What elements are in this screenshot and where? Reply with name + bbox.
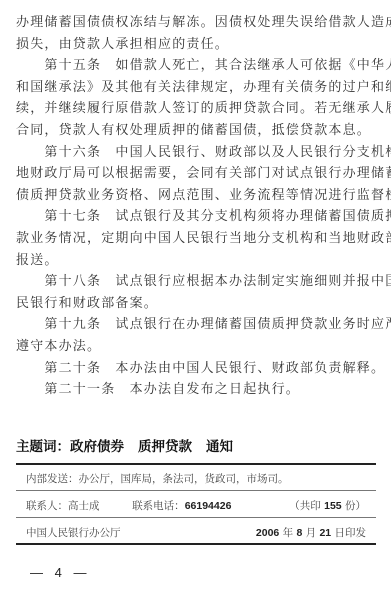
article-16: 第十六条 中国人民银行、财政部以及人民银行分支机构、各 bbox=[16, 142, 376, 164]
divider bbox=[16, 490, 376, 491]
divider-thick bbox=[16, 463, 376, 465]
contact-phone-label: 联系电话： bbox=[132, 500, 185, 512]
keyword: 质押贷款 bbox=[138, 439, 192, 455]
body-line: 续，并继续履行原借款人签订的质押贷款合同。若无继承人履行 bbox=[16, 98, 376, 120]
article-17: 第十七条 试点银行及其分支机构须将办理储蓄国债质押贷 bbox=[16, 206, 376, 228]
body-line: 地财政厅局可以根据需要，会同有关部门对试点银行办理储蓄国 bbox=[16, 163, 376, 185]
body-line: 和国继承法》及其他有关法律规定，办理有关债务的过户和继承手 bbox=[16, 77, 376, 99]
body-line: 民银行和财政部备案。 bbox=[16, 293, 376, 315]
copies-count: （共印 155 份） bbox=[289, 498, 366, 513]
body-line: 合同，贷款人有权处理质押的储蓄国债，抵偿贷款本息。 bbox=[16, 120, 376, 142]
body-line: 办理储蓄国债债权冻结与解冻。因债权处理失误给借款人造成的 bbox=[16, 12, 376, 34]
subject-label: 主题词： bbox=[16, 439, 70, 455]
internal-distribution: 内部发送：办公厅，国库局，条法司，货政司，市场司。 bbox=[26, 471, 366, 486]
divider bbox=[16, 517, 376, 518]
contact-person-label: 联系人： bbox=[26, 500, 68, 512]
article-18: 第十八条 试点银行应根据本办法制定实施细则并报中国人 bbox=[16, 271, 376, 293]
page-number: — 4 — bbox=[30, 565, 90, 580]
body-line: 遵守本办法。 bbox=[16, 336, 376, 358]
body-line: 损失，由贷款人承担相应的责任。 bbox=[16, 34, 376, 56]
body-line: 债质押贷款业务资格、网点范围、业务流程等情况进行监督检查。 bbox=[16, 185, 376, 207]
divider-thick bbox=[16, 543, 376, 545]
issue-date: 2006 年 8 月 21 日印发 bbox=[256, 525, 366, 540]
contact-person: 高士成 bbox=[68, 500, 100, 512]
subject-keywords: 主题词：政府债券质押贷款通知 bbox=[16, 435, 247, 455]
article-21: 第二十一条 本办法自发布之日起执行。 bbox=[16, 379, 376, 401]
issuing-office: 中国人民银行办公厅 bbox=[26, 527, 121, 539]
keyword: 政府债券 bbox=[70, 439, 124, 455]
body-line: 款业务情况，定期向中国人民银行当地分支机构和当地财政部门 bbox=[16, 228, 376, 250]
article-15: 第十五条 如借款人死亡，其合法继承人可依据《中华人民共 bbox=[16, 55, 376, 77]
distribution-text: 内部发送：办公厅，国库局，条法司，货政司，市场司。 bbox=[26, 473, 289, 485]
article-19: 第十九条 试点银行在办理储蓄国债质押贷款业务时应严格 bbox=[16, 314, 376, 336]
issuer-row: 中国人民银行办公厅 2006 年 8 月 21 日印发 bbox=[26, 525, 366, 540]
article-20: 第二十条 本办法由中国人民银行、财政部负责解释。 bbox=[16, 358, 376, 380]
document-body: 办理储蓄国债债权冻结与解冻。因债权处理失误给借款人造成的 损失，由贷款人承担相应… bbox=[16, 12, 376, 401]
contact-phone: 66194426 bbox=[185, 500, 232, 512]
body-line: 报送。 bbox=[16, 250, 376, 272]
keyword: 通知 bbox=[206, 439, 233, 455]
contact-row: 联系人：高士成 联系电话：66194426 （共印 155 份） bbox=[26, 498, 366, 513]
